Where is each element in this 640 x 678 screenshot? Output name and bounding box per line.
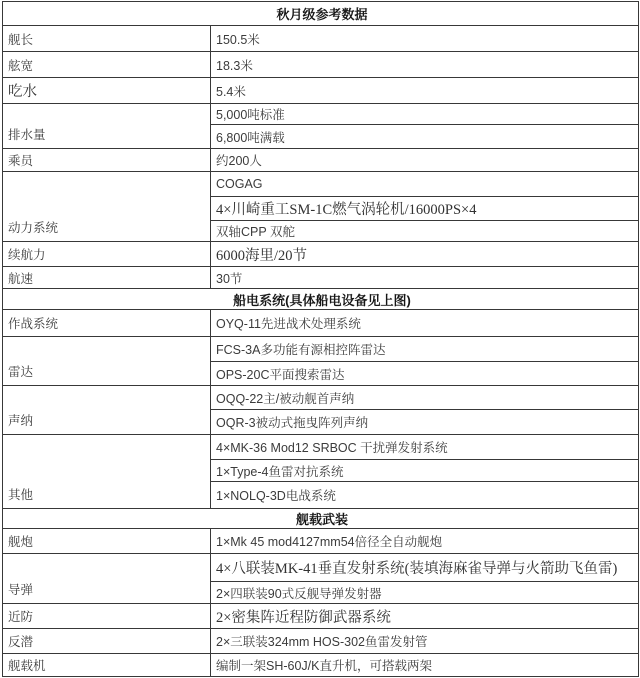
sonar-1-value: OQQ-22主/被动舰首声纳: [211, 386, 639, 410]
row-other-1: 其他 4×MK-36 Mod12 SRBOC 干扰弹发射系统: [3, 435, 639, 460]
row-missile-1: 导弹 4×八联装MK-41垂直发射系统(装填海麻雀导弹与火箭助飞鱼雷): [3, 554, 639, 582]
other-label: 其他: [3, 435, 211, 509]
crew-value: 约200人: [211, 149, 639, 172]
row-ship-length: 舰长 150.5米: [3, 26, 639, 52]
propulsion-engines-value: 4×川崎重工SM-1C燃气涡轮机/16000PS×4: [211, 197, 639, 221]
radar-1-value: FCS-3A多功能有源相控阵雷达: [211, 337, 639, 362]
speed-label: 航速: [3, 267, 211, 289]
row-speed: 航速 30节: [3, 267, 639, 289]
helicopter-value: 编制一架SH-60J/K直升机，可搭载两架: [211, 654, 639, 677]
row-displacement-standard: 排水量 5,000吨标准: [3, 104, 639, 125]
row-draft: 吃水 5.4米: [3, 78, 639, 104]
gun-value: 1×Mk 45 mod4127mm54倍径全自动舰炮: [211, 529, 639, 554]
displacement-full-value: 6,800吨满载: [211, 125, 639, 149]
beam-label: 舷宽: [3, 52, 211, 78]
row-radar-1: 雷达 FCS-3A多功能有源相控阵雷达: [3, 337, 639, 362]
row-range: 续航力 6000海里/20节: [3, 242, 639, 267]
combat-system-value: OYQ-11先进战术处理系统: [211, 310, 639, 337]
missile-1-value: 4×八联装MK-41垂直发射系统(装填海麻雀导弹与火箭助飞鱼雷): [211, 554, 639, 582]
helicopter-label: 舰载机: [3, 654, 211, 677]
row-beam: 舷宽 18.3米: [3, 52, 639, 78]
row-gun: 舰炮 1×Mk 45 mod4127mm54倍径全自动舰炮: [3, 529, 639, 554]
displacement-standard-value: 5,000吨标准: [211, 104, 639, 125]
ship-length-label: 舰长: [3, 26, 211, 52]
missile-2-value: 2×四联装90式反舰导弹发射器: [211, 582, 639, 604]
ship-length-value: 150.5米: [211, 26, 639, 52]
other-1-value: 4×MK-36 Mod12 SRBOC 干扰弹发射系统: [211, 435, 639, 460]
crew-label: 乘员: [3, 149, 211, 172]
armament-section-header: 舰载武装: [3, 509, 639, 529]
missile-label: 导弹: [3, 554, 211, 604]
ciws-value: 2×密集阵近程防御武器系统: [211, 604, 639, 629]
asw-value: 2×三联装324mm HOS-302鱼雷发射管: [211, 629, 639, 654]
speed-value: 30节: [211, 267, 639, 289]
ciws-label: 近防: [3, 604, 211, 629]
propulsion-type-value: COGAG: [211, 172, 639, 197]
other-3-value: 1×NOLQ-3D电战系统: [211, 482, 639, 509]
combat-system-label: 作战系统: [3, 310, 211, 337]
row-crew: 乘员 约200人: [3, 149, 639, 172]
displacement-label: 排水量: [3, 104, 211, 149]
spec-table: 秋月级参考数据 舰长 150.5米 舷宽 18.3米 吃水 5.4米 排水量 5…: [2, 1, 639, 677]
gun-label: 舰炮: [3, 529, 211, 554]
other-2-value: 1×Type-4鱼雷对抗系统: [211, 460, 639, 482]
draft-value: 5.4米: [211, 78, 639, 104]
beam-value: 18.3米: [211, 52, 639, 78]
sonar-label: 声纳: [3, 386, 211, 435]
table-title: 秋月级参考数据: [3, 2, 639, 26]
asw-label: 反潜: [3, 629, 211, 654]
electronics-section-header: 船电系统(具体船电设备见上图): [3, 289, 639, 310]
row-helicopter: 舰载机 编制一架SH-60J/K直升机，可搭载两架: [3, 654, 639, 677]
range-label: 续航力: [3, 242, 211, 267]
radar-2-value: OPS-20C平面搜索雷达: [211, 362, 639, 386]
range-value: 6000海里/20节: [211, 242, 639, 267]
row-ciws: 近防 2×密集阵近程防御武器系统: [3, 604, 639, 629]
propulsion-label: 动力系统: [3, 172, 211, 242]
sonar-2-value: OQR-3被动式拖曳阵列声纳: [211, 410, 639, 435]
row-propulsion-type: 动力系统 COGAG: [3, 172, 639, 197]
row-asw: 反潜 2×三联装324mm HOS-302鱼雷发射管: [3, 629, 639, 654]
row-sonar-1: 声纳 OQQ-22主/被动舰首声纳: [3, 386, 639, 410]
row-combat-system: 作战系统 OYQ-11先进战术处理系统: [3, 310, 639, 337]
radar-label: 雷达: [3, 337, 211, 386]
draft-label: 吃水: [3, 78, 211, 104]
propulsion-config-value: 双轴CPP 双舵: [211, 221, 639, 242]
